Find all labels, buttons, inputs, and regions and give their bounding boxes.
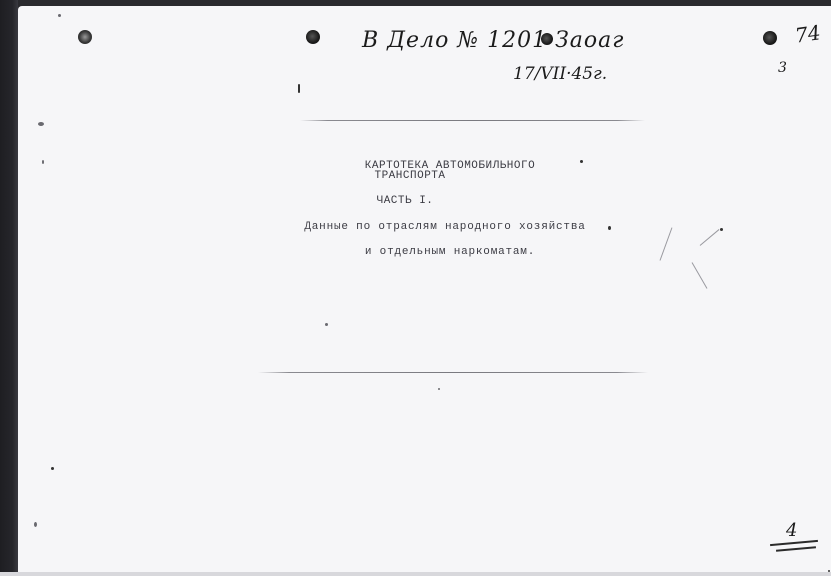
punch-hole-right bbox=[763, 31, 777, 45]
page-sub-number: 3 bbox=[778, 60, 787, 76]
punch-hole-center-left bbox=[306, 30, 320, 44]
part-heading: ЧАСТЬ I. bbox=[365, 195, 445, 207]
scan-bottom-edge bbox=[0, 572, 831, 576]
subtitle-line-1: Данные по отраслям народного хозяйства bbox=[280, 221, 610, 233]
scan-left-edge bbox=[0, 0, 18, 576]
handwritten-date: 17/VII·45г. bbox=[513, 64, 607, 84]
handwritten-file-reference: В Дело № 1201 Заоаг bbox=[362, 28, 624, 53]
document-page bbox=[18, 6, 831, 572]
punch-hole-left bbox=[78, 30, 92, 44]
bottom-divider-line bbox=[258, 372, 648, 373]
page-number: 74 bbox=[793, 20, 822, 47]
top-divider-line bbox=[300, 120, 645, 121]
handwritten-bottom-mark: 4 bbox=[786, 520, 797, 541]
title-line-2: ТРАНСПОРТА bbox=[330, 170, 490, 182]
subtitle-line-2: и отдельным наркоматам. bbox=[345, 246, 555, 258]
handwritten-bottom-underline bbox=[770, 540, 825, 552]
